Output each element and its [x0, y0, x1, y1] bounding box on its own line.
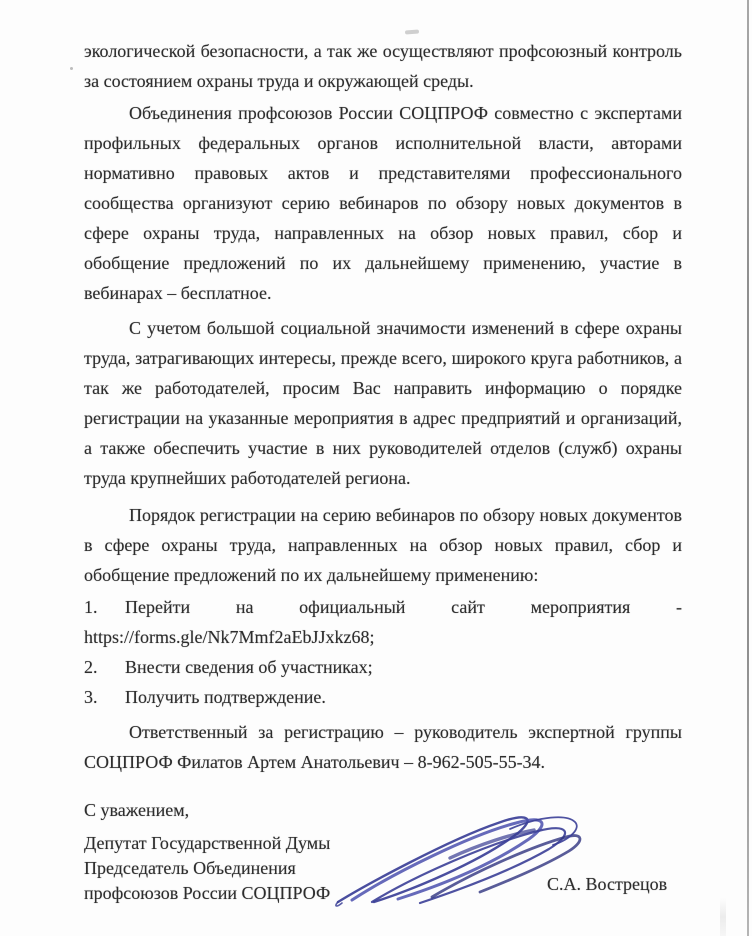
list-item: 3. Получить подтверждение. [84, 682, 682, 712]
paragraph: Порядок регистрации на серию вебинаров п… [84, 500, 682, 590]
text-line: Ответственный за регистрацию – руководит… [84, 717, 682, 747]
list-item: 2. Внести сведения об участниках; [84, 652, 682, 682]
paragraph: экологической безопасности, а так же осу… [84, 36, 682, 96]
text-line: нормативно правовых актов и представител… [84, 158, 682, 188]
text-line: регистрации на указанные мероприятия в а… [84, 403, 682, 433]
list-item-text: Получить подтверждение. [125, 682, 682, 712]
text-line: за состоянием охраны труда и окружающей … [84, 66, 682, 96]
text-line: профильных федеральных органов исполните… [84, 128, 682, 158]
text-line: Объединения профсоюзов России СОЦПРОФ со… [84, 98, 682, 128]
scan-speck [70, 67, 73, 70]
text-line: а также обеспечить участие в них руковод… [84, 433, 682, 463]
scan-speck [405, 30, 419, 35]
text-line: сообщества организуют серию вебинаров по… [84, 188, 682, 218]
letter-body: экологической безопасности, а так же осу… [84, 36, 682, 777]
signer-name: С.А. Вострецов [547, 872, 667, 897]
numbered-list: 1. Перейти на официальный сайт мероприят… [84, 592, 682, 712]
text-line: обобщение предложений по их дальнейшему … [84, 560, 682, 590]
registration-url: https://forms.gle/Nk7Mmf2aEbJJxkz68; [84, 622, 682, 652]
list-item-number: 2. [84, 652, 125, 682]
list-item: 1. Перейти на официальный сайт мероприят… [84, 592, 682, 622]
text-line: вебинарах – бесплатное. [84, 278, 682, 308]
paragraph: Объединения профсоюзов России СОЦПРОФ со… [84, 98, 682, 308]
scan-edge-line [747, 0, 749, 936]
text-line: в сфере охраны труда, направленных на об… [84, 530, 682, 560]
text-line: С учетом большой социальной значимости и… [84, 313, 682, 343]
text-line: так же работодателей, просим Вас направи… [84, 373, 682, 403]
contact-phone-line: СОЦПРОФ Филатов Артем Анатольевич – 8-96… [84, 747, 682, 777]
list-item-text: Перейти на официальный сайт мероприятия … [125, 592, 682, 622]
list-item-number: 1. [84, 592, 125, 622]
text-line: труда, затрагивающих интересы, прежде вс… [84, 343, 682, 373]
scan-smudge [720, 898, 726, 936]
text-line: сфере охраны труда, направленных на обзо… [84, 218, 682, 248]
list-item-text: Внести сведения об участниках; [125, 652, 682, 682]
paragraph-responsible-contact: Ответственный за регистрацию – руководит… [84, 717, 682, 777]
text-line: труда крупнейших работодателей региона. [84, 463, 682, 493]
paragraph: С учетом большой социальной значимости и… [84, 313, 682, 493]
scanned-letter-page: экологической безопасности, а так же осу… [0, 0, 752, 936]
text-line: обобщение предложений по их дальнейшему … [84, 248, 682, 278]
text-line: экологической безопасности, а так же осу… [84, 36, 682, 66]
text-line: Порядок регистрации на серию вебинаров п… [84, 500, 682, 530]
list-item-number: 3. [84, 682, 125, 712]
